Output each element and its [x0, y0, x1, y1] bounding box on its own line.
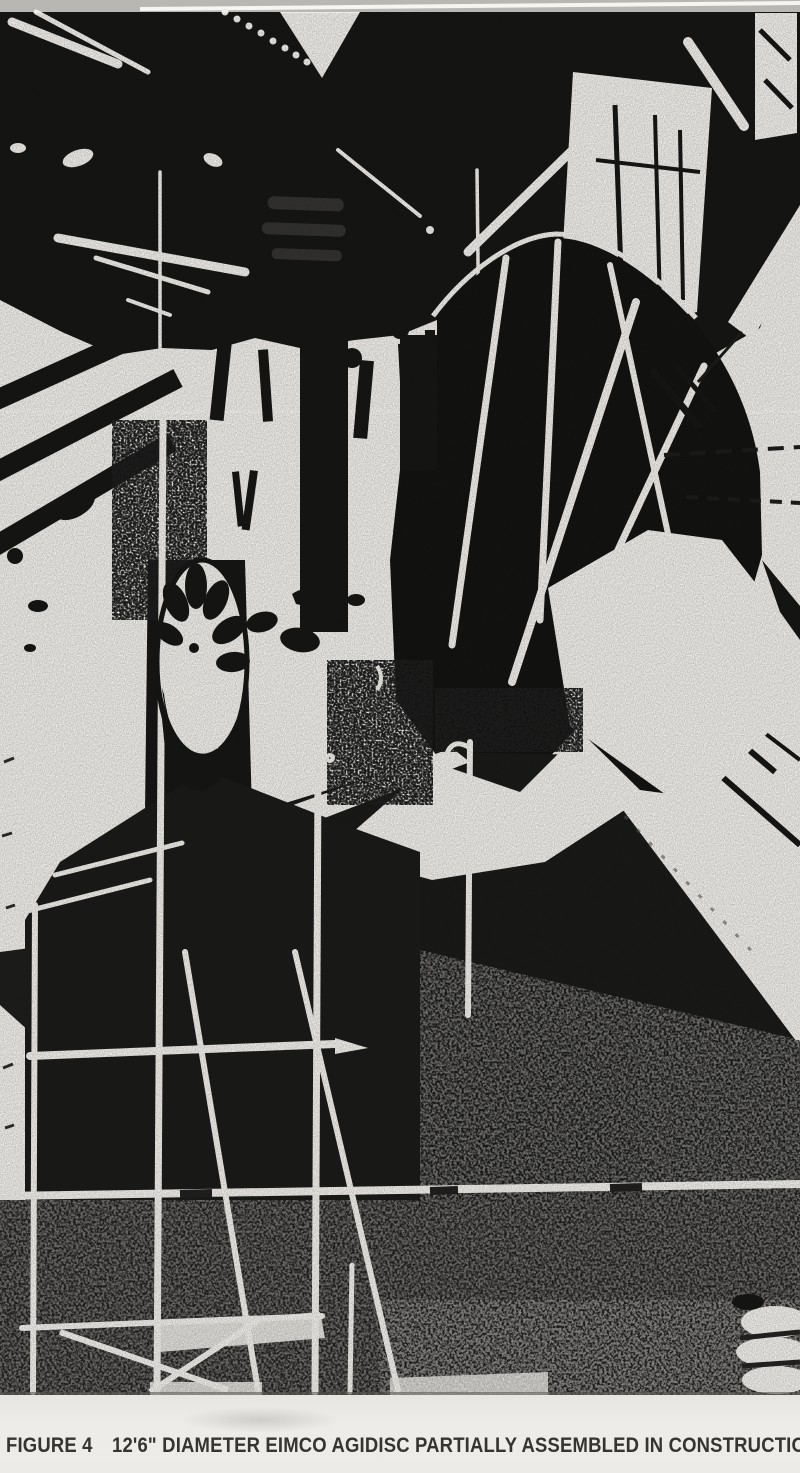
figure-photograph — [0, 0, 800, 1395]
scan-smudge — [180, 1407, 340, 1433]
figure-label: FIGURE 4 — [6, 1435, 93, 1457]
figure-caption: 12'6" DIAMETER EIMCO AGIDISC PARTIALLY A… — [112, 1435, 800, 1457]
photo-grain-overlay — [0, 13, 800, 1393]
figure-caption-bar: FIGURE 4 12'6" DIAMETER EIMCO AGIDISC PA… — [0, 1395, 800, 1473]
halftone-photo-canvas — [0, 0, 800, 1395]
document-page: FIGURE 4 12'6" DIAMETER EIMCO AGIDISC PA… — [0, 0, 800, 1473]
scan-edge-band — [0, 0, 800, 13]
